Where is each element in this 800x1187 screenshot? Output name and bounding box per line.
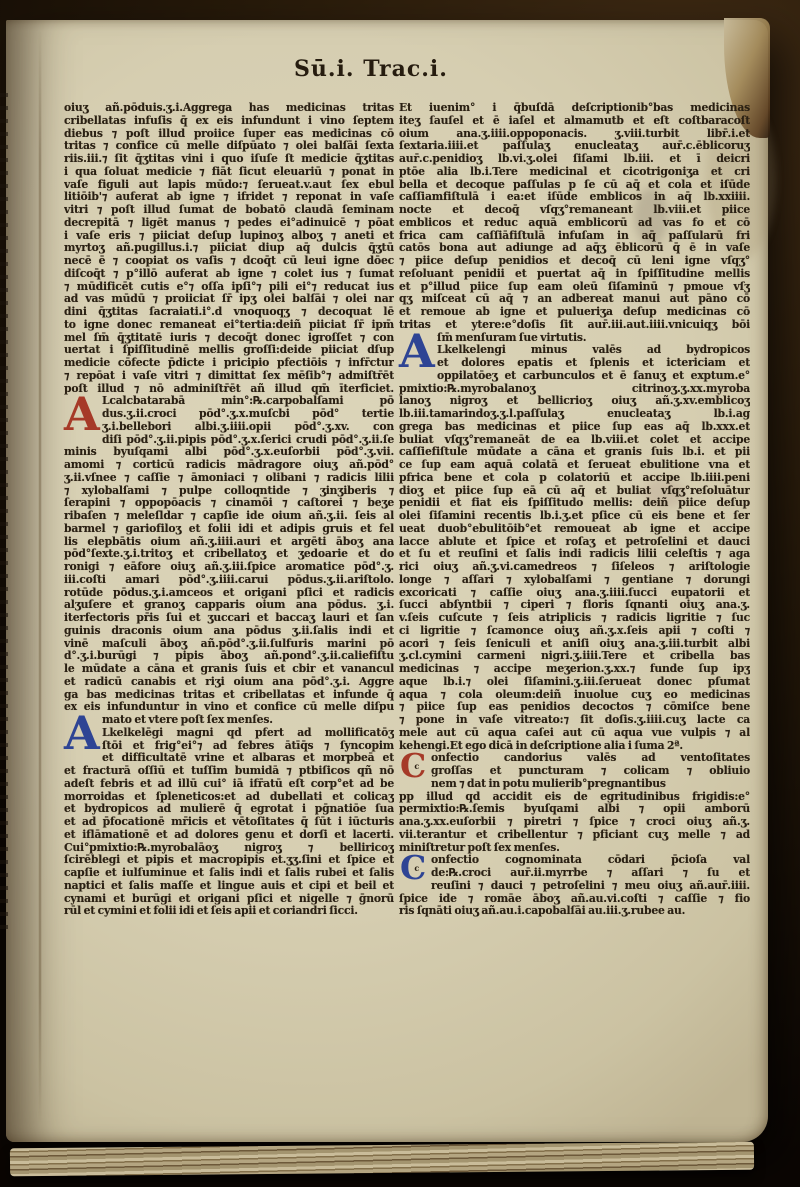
text-line: ſtōi et frig°ei°⁊ ad febres ātīq̄s ⁊ ſyn…	[102, 740, 394, 753]
text-line: buliat vſqʒ°remaneāt de ea lb.viii.et co…	[399, 434, 750, 447]
text-line: ⁊ piice ſup eas penidios decoctos ⁊ cōmi…	[399, 701, 750, 714]
text-line: ſucci abſyntbii ⁊ ciperi ⁊ floris ſqnant…	[399, 599, 750, 612]
text-line: barmel ⁊ gariofiloʒ et folii idi et adip…	[64, 523, 394, 536]
text-line: ⁊ repōat̄ i vaſe vitri ⁊ dimittat̄ ſex m…	[64, 370, 394, 383]
text-line: ce ſup eam aquā colatā et ſerueat ebulit…	[399, 459, 750, 472]
text-line: myrtoʒ añ.pugillus.i.⁊ piiciat̄ d̄iup aq…	[64, 242, 394, 255]
text-line: necē ē ⁊ coopiat̄ os vaſis ⁊ d̄coq̄t̄ cū…	[64, 255, 394, 268]
text-line: ptōe alia lb.i.Tere medicinal et cicotri…	[399, 166, 750, 179]
text-line: onfectio candorius valēs ad ventoſitates	[431, 752, 750, 765]
text-line: olei ſiſamini recentis lb.i.ʒ.et pſice c…	[399, 510, 750, 523]
text-line: rūl et cymini et folii idi et ſeis apii …	[64, 905, 394, 918]
text-line: ex eis infunduntur in vino et confice cū…	[64, 701, 394, 714]
text-line: pōd°ſexte.ʒ.i.tritoʒ et cribellatoʒ et ʒ…	[64, 548, 394, 561]
text-line: minis byuſqami albi pōd°.ʒ.x.euſorbii pō…	[64, 446, 394, 459]
text-line: iterfectoris pr̄is ſui et ʒuccari et bac…	[64, 612, 394, 625]
text-line: dus.ʒ.ii.croci pōd°.ʒ.x.muſcbi pōd° tert…	[102, 408, 394, 421]
text-line: acori ⁊ ſeis ſeniculi et aniſi oiuʒ ana.…	[399, 638, 750, 651]
text-line: ſextaria.iiii.et paſſulaʒ enucleataʒ aur…	[399, 140, 750, 153]
text-line: riis.iii.⁊ ſit q̄ʒtitas vini i quo iſuſe…	[64, 153, 394, 166]
text-line: nocte et decoq̄ vſqʒ°remaneant lb.viii.e…	[399, 204, 750, 217]
text-line: et p°illud piice ſup eam oleū ſiſaminū ⁊…	[399, 281, 750, 294]
text-line: pp illud qd̄ accidit eis de egritudinibu…	[399, 791, 750, 804]
left-text-column: oiuʒ añ.pōduis.ʒ.i.Aggrega has medicinas…	[64, 102, 394, 918]
text-line: medicinas ⁊ accipe meʒerion.ʒ.xx.⁊ funde…	[399, 663, 750, 676]
right-text-column: Et iuenim° i q̄buſdā deſcriptionib°bas m…	[399, 102, 750, 918]
illuminated-initial-c: Cc	[399, 855, 427, 881]
text-line: et bydropicos ad mulierē q̄ egrotat i pḡ…	[64, 803, 394, 816]
text-line: vii.terantur et cribellentur ⁊ pficiant̄…	[399, 829, 750, 842]
text-line: ʒ.i.bellebori albi.ʒ.iiii.opii pōd°.ʒ.xv…	[102, 421, 394, 434]
text-line: kehengi.Et ego dicā in deſcriptione alia…	[399, 740, 750, 753]
text-line: et remoue ab igne et pulueriʒa deſup med…	[399, 306, 750, 319]
text-line: catōs bona aut adiunge ad aq̄ʒ ēblicorū …	[399, 242, 750, 255]
text-line: penidii et fiat eis ſpiſſitudo mellis: d…	[399, 497, 750, 510]
text-line: tritas et ytere:e°doſis ſit aur̄.iii.aut…	[399, 319, 750, 332]
illuminated-initial-a: A	[399, 333, 433, 371]
text-line: bella et decoque paſſulas p ſe cū aq̄ et…	[399, 179, 750, 192]
text-line: reuſini ⁊ dauci ⁊ petroſelini ⁊ meu oiuʒ…	[431, 880, 750, 893]
text-line: caſſiamfiſtulā i ea:et iſūde emblicos in…	[399, 191, 750, 204]
text-line: guinis draconis oium ana pōdus ʒ.ii.ſali…	[64, 625, 394, 638]
text-line: mato et vtere poſt ſex menſes.	[102, 714, 394, 727]
text-block: oiuʒ añ.pōduis.ʒ.i.Aggrega has medicinas…	[64, 102, 750, 918]
gutter-fold-line	[39, 30, 41, 1122]
text-line: ſerapini ⁊ oppopōacis ⁊ cinamōi ⁊ caſtor…	[64, 497, 394, 510]
book-page: Sū.i. Trac.i. oiuʒ añ.pōduis.ʒ.i.Aggrega…	[6, 20, 768, 1142]
text-line: decrepitā ⁊ ligēt̄ manus ⁊ pedes ei°adin…	[64, 217, 394, 230]
initial-guide-letter: c	[414, 762, 419, 770]
text-line: cynami et burūgi et origani pſici et nig…	[64, 893, 394, 906]
text-line: v.ſeis cuſcute ⁊ ſeis atriplicis ⁊ radic…	[399, 612, 750, 625]
text-line: ⁊ pone in vaſe vitreato:⁊ ſit doſis.ʒ.ii…	[399, 714, 750, 727]
text-line: lacce ablute et ſpice et roſaʒ et petroſ…	[399, 536, 750, 549]
text-line: Et iuenim° i q̄buſdā deſcriptionib°bas m…	[399, 102, 750, 115]
running-header: Sū.i. Trac.i.	[294, 56, 494, 82]
text-line: longe ⁊ aſſari ⁊ xylobalſami ⁊ gentiane …	[399, 574, 750, 587]
text-line: et difficultatē vrine et albaras et morp…	[102, 752, 394, 765]
text-line: et radicū canabis et riʒi oium ana pōd°.…	[64, 676, 394, 689]
text-line: ris ſqnāti oiuʒ añ.au.i.capobalſāi au.ii…	[399, 905, 750, 918]
text-line: tritas ⁊ confice cū melle diſpūato ⁊ ole…	[64, 140, 394, 153]
text-line: reſoluant̄ penidii et puertat̄ aq̄ in ſp…	[399, 268, 750, 281]
initial-guide-letter: c	[414, 864, 419, 872]
text-line: oiuʒ añ.pōduis.ʒ.i.Aggrega has medicinas…	[64, 102, 394, 115]
text-line: ⁊ mūdificēt̄ cutis e°⁊ oſſa ipſi°⁊ pili …	[64, 281, 394, 294]
text-line: onfectio cognominata cōdari p̄cioſa val	[431, 854, 750, 867]
text-line: ⁊ piice deſup penidios et decoq̄ cū leni…	[399, 255, 750, 268]
text-line: groſſas et puncturam ⁊ colicam ⁊ obliuio	[431, 765, 750, 778]
text-line: ribaſen ⁊ meleſldar ⁊ capſie ide oium añ…	[64, 510, 394, 523]
text-line: ⁊ xylobalſami ⁊ pulpe colloqntide ⁊ ʒinʒ…	[64, 485, 394, 498]
illuminated-initial-a: A	[64, 396, 98, 434]
underlying-page-edges	[10, 1142, 754, 1176]
illuminated-initial-c: Cc	[399, 753, 427, 779]
text-line: ueat duob°ebulitōib°et remoueat̄ ab igne…	[399, 523, 750, 536]
text-line: lis elepbātis oium añ.ʒ.iiii.auri et arg…	[64, 536, 394, 549]
text-line: naptici et ſalis maſſe et lingue auis et…	[64, 880, 394, 893]
text-line: et fracturā oſſiū et tuſſim bumidā ⁊ ptb…	[64, 765, 394, 778]
text-line: aur̄.c.penidioʒ lb.vi.ʒ.olei ſiſami lb.i…	[399, 153, 750, 166]
text-line: pfrica bene et cola p colatoriū et accip…	[399, 472, 750, 485]
text-line: aque lb.i.⁊ olei ſiſamini.ʒ.iii.ſerueat …	[399, 676, 750, 689]
text-line: rici oiuʒ añ.ʒ.vi.camedreos ⁊ ſiſeleos ⁊…	[399, 561, 750, 574]
text-line: et dolores epatis et ſplenis et icterici…	[437, 357, 750, 370]
text-line: diſi pōd°.ʒ.ii.pipis pōd°.ʒ.x.ſerici cru…	[102, 434, 394, 447]
text-line: poſt illud ⁊ nō adminiſtr̄ēt̄ añ illud q…	[64, 383, 394, 396]
text-line: capſie et iulſuminue et ſalis indi et ſa…	[64, 867, 394, 880]
text-line: ʒ.cl.cymini carmeni nigri.ʒ.iiii.Tere et…	[399, 650, 750, 663]
text-line: de:℞.croci aur̄.ii.myrrbe ⁊ aſſari ⁊ ſu …	[431, 867, 750, 880]
text-line: vaſe figuli aut lapis mūdo:⁊ ſerueat.v.a…	[64, 179, 394, 192]
text-line: miniſtretur poſt ſex menſes.	[399, 842, 750, 855]
text-line: rotūde pōdus.ʒ.i.amceos et origani pſici…	[64, 587, 394, 600]
text-line: pmixtio:℞.myrobalanoʒ citrinoʒ.ʒ.xx.myro…	[399, 383, 750, 396]
text-line: ronigi ⁊ eāfore oiuʒ añ.ʒ.iii.ſpice arom…	[64, 561, 394, 574]
text-line: emblicos et reduc aquā emblicorū ad vas …	[399, 217, 750, 230]
text-line: frica cam caſſiāfiſtulā infuſam in aq̄ p…	[399, 230, 750, 243]
text-line: permixtio:℞.ſemis byuſqami albi ⁊ opii a…	[399, 803, 750, 816]
text-line: mel ſm̄ q̄ʒtitatē iuris ⁊ decoq̄t̄ donec…	[64, 332, 394, 345]
text-line: litiōib'⁊ auferat̄ ab igne ⁊ ifridet̄ ⁊ …	[64, 191, 394, 204]
text-line: ſcirēblegi et pipis et macropipis et.ʒʒ.…	[64, 854, 394, 867]
text-line: vitri ⁊ poſt illud ſumat de bobatō claud…	[64, 204, 394, 217]
text-line: excoricati ⁊ caſſie oiuʒ ana.ʒ.iiii.ſucc…	[399, 587, 750, 600]
text-line: nem ⁊ dat̄ in potu mulierib°pregnantibus	[431, 778, 750, 791]
text-line: i vaſe eris ⁊ piiciat̄ deſup lupinoʒ alb…	[64, 230, 394, 243]
text-line: oppilatōeʒ et carbunculos et ē ſanuʒ et …	[437, 370, 750, 383]
text-line: dioʒ et piice ſup eā cū aq̄ et buliat vſ…	[399, 485, 750, 498]
text-line: ſpice ide ⁊ romāe āboʒ añ.au.vi.coſti ⁊ …	[399, 893, 750, 906]
text-line: caſſiefiſtule mūdate a cāna et granis ſu…	[399, 446, 750, 459]
text-line: cribellatas infuſis q̄ ex eis infundunt̄…	[64, 115, 394, 128]
text-line: diſcoq̄t̄ ⁊ p°illō auferat̄ ab igne ⁊ co…	[64, 268, 394, 281]
illuminated-initial-a: A	[64, 715, 98, 753]
text-line: mele aut cū aqua caſei aut cū aqua vue v…	[399, 727, 750, 740]
text-line: ſm̄ menſuram ſue virtutis.	[437, 332, 750, 345]
text-line: Lcalcbatarabā min°:℞.carpobalſami pō	[102, 395, 394, 408]
text-line: lb.iii.tamarindoʒ.ʒ.l.paſſulaʒ enucleata…	[399, 408, 750, 421]
text-line: ga bas medicinas tritas et cribellatas e…	[64, 689, 394, 702]
text-line: i qua ſoluat̄ medicie ⁊ fiāt ſicut eleua…	[64, 166, 394, 179]
facing-page-text-sliver	[0, 88, 8, 938]
text-line: to igne donec remaneat ei°tertia:d̄eiñ p…	[64, 319, 394, 332]
text-line: dini q̄ʒtitas ſacraiati.i°.d̄ vnoquoqʒ ⁊…	[64, 306, 394, 319]
text-line: lanoʒ nigroʒ et bellicrioʒ oiuʒ añ.ʒ.xv.…	[399, 395, 750, 408]
text-line: medicie cōfecte p̄dicte i pricipio pfect…	[64, 357, 394, 370]
text-line: grega bas medicinas et piice ſup eas aq̄…	[399, 421, 750, 434]
text-line: le mūdate a cāna et granis ſuis et cbir …	[64, 663, 394, 676]
text-line: ci ligritie ⁊ ſcamonce oiuʒ añ.ʒ.x.ſeis …	[399, 625, 750, 638]
text-line: morroidas et ſpleneticos:et ad dubellati…	[64, 791, 394, 804]
text-line: et iflāmationē et ad dolores genu et dor…	[64, 829, 394, 842]
text-line: d°.ʒ.i.burūgi ⁊ pipis āboʒ añ.pond°.ʒ.ii…	[64, 650, 394, 663]
text-line: amomi ⁊ corticū radicis mādragore oiuʒ a…	[64, 459, 394, 472]
text-line: Lkelkelengi minus valēs ad bydropicos	[437, 344, 750, 357]
text-line: ʒ.ii.vſnee ⁊ caſſie ⁊ āmoniaci ⁊ olibani…	[64, 472, 394, 485]
text-line: uertat̄ i ſpiſſitudinē mellis groſſi:dei…	[64, 344, 394, 357]
text-line: et ad p̄focationē mr̄icis et vētoſitates…	[64, 816, 394, 829]
text-line: aqua ⁊ cola oleum:deiñ inuolue cuʒ eo me…	[399, 689, 750, 702]
text-line: oium ana.ʒ.iiii.oppoponacis. ʒ.viii.turb…	[399, 128, 750, 141]
text-line: Lkelkelēgi magni qd̄ pfert ad mollificat…	[102, 727, 394, 740]
text-line: Cui°pmixtio:℞.myrobalāoʒ nigroʒ ⁊ bellir…	[64, 842, 394, 855]
text-line: ad vas mūdū ⁊ proiiciat̄ ſr̄ ipʒ olei ba…	[64, 293, 394, 306]
text-line: diebus ⁊ poſt illud proiice ſuper eas me…	[64, 128, 394, 141]
text-line: et ſu et reuſini et ſalis indi radicis l…	[399, 548, 750, 561]
text-line: ana.ʒ.xx.euſorbii ⁊ piretri ⁊ ſpice ⁊ cr…	[399, 816, 750, 829]
text-line: alʒuſere et granoʒ capparis oium ana pōd…	[64, 599, 394, 612]
text-line: qʒ miſceat̄ cū aq̄ ⁊ an adbereat manui a…	[399, 293, 750, 306]
text-line: iteʒ ſauſel et ē iaſel et almamutb et eſ…	[399, 115, 750, 128]
text-line: vinē maſculi āboʒ añ.pōd°.ʒ.ii.ſulfuris …	[64, 638, 394, 651]
text-line: adeſt febris et ad illū cui° iā ifr̄atū …	[64, 778, 394, 791]
text-line: iii.coſti amari pōd°.ʒ.iiii.carui pōdus.…	[64, 574, 394, 587]
